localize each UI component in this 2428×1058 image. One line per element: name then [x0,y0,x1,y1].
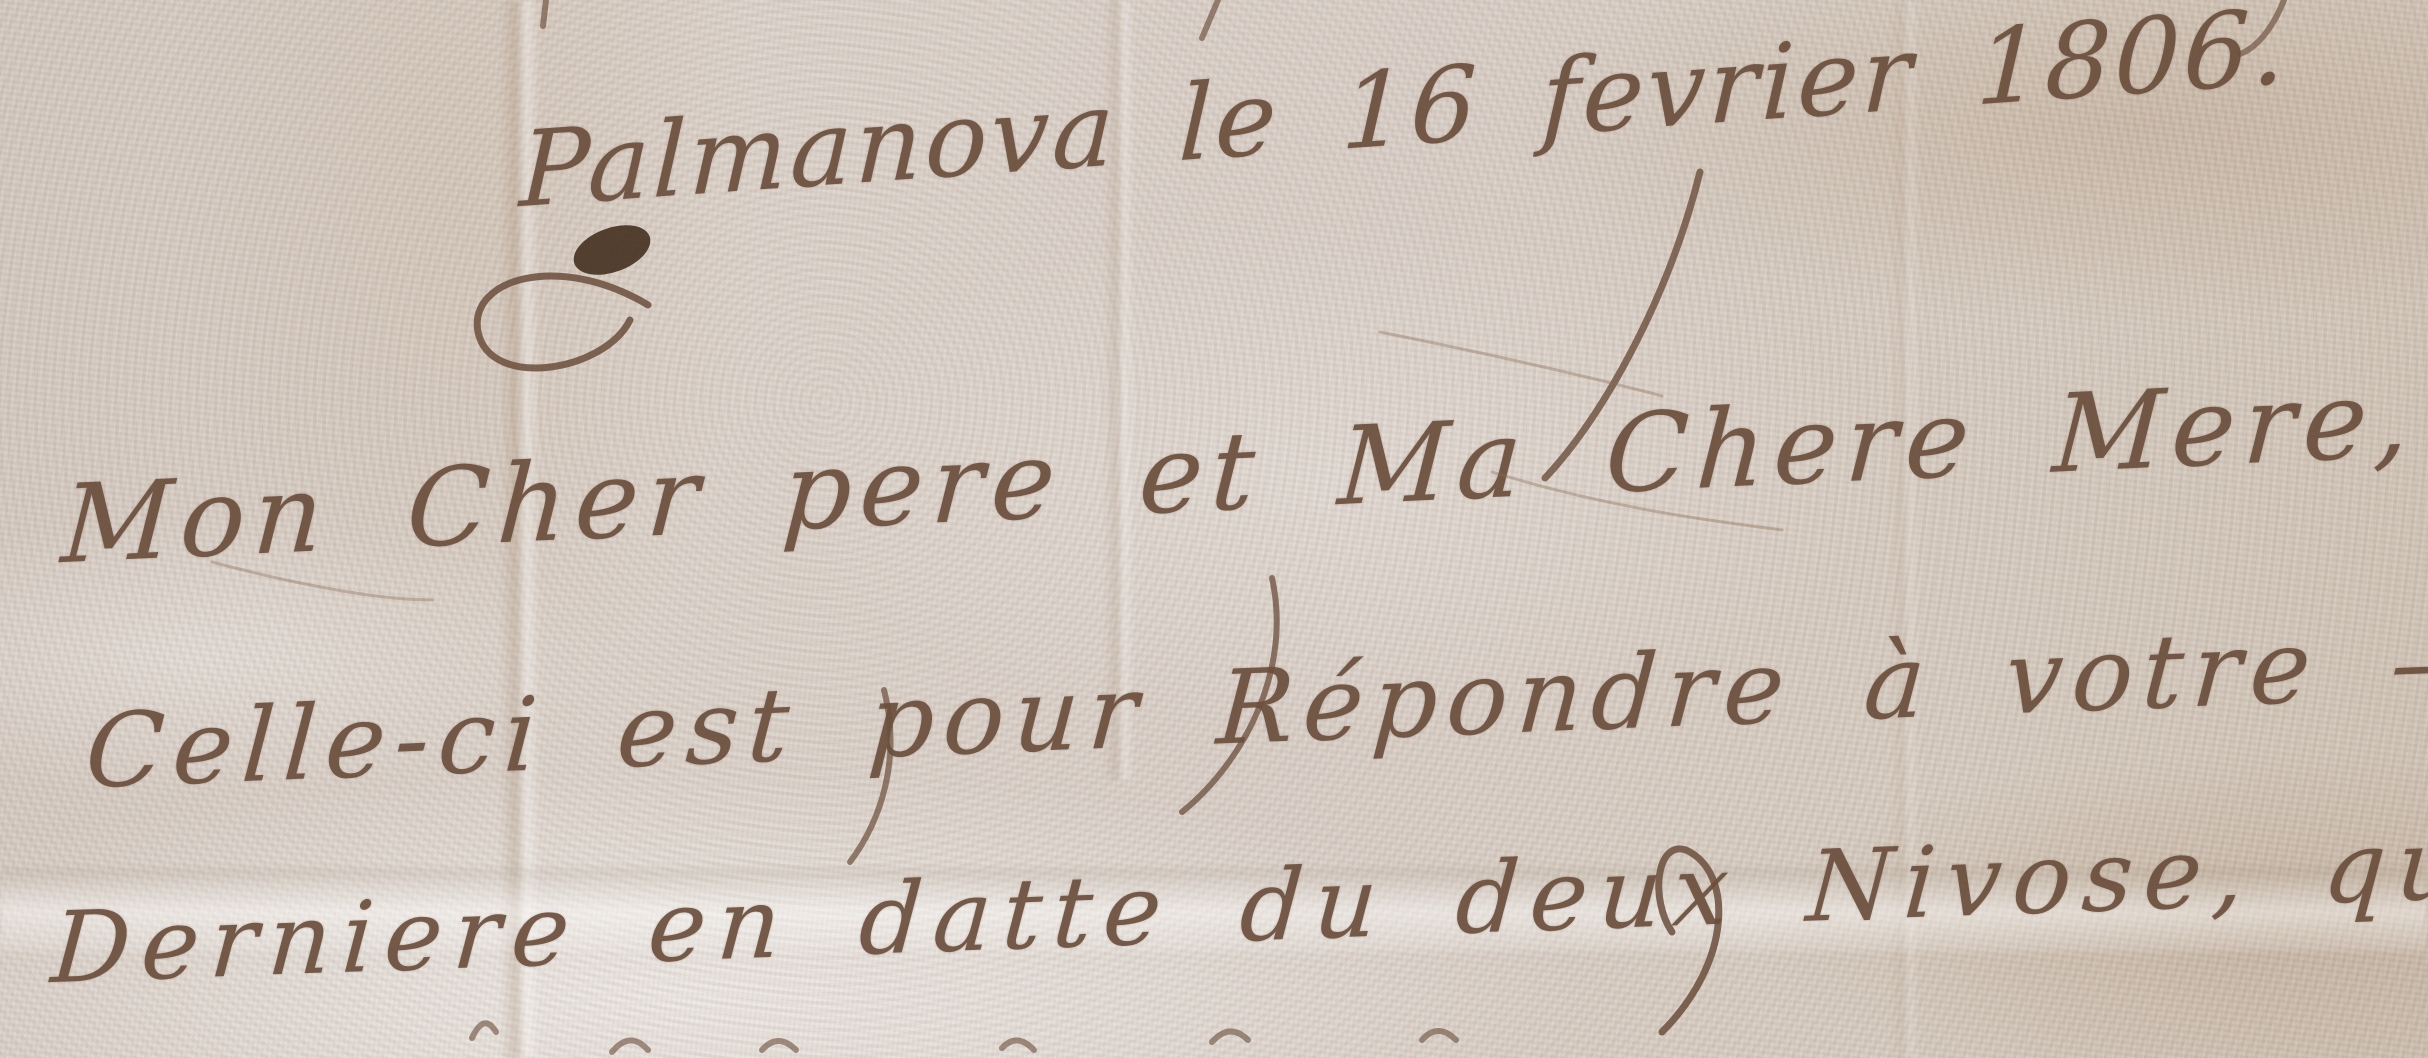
letter-photo: Palmanova le 16 fevrier 1806. Mon Cher p… [0,0,2428,1058]
